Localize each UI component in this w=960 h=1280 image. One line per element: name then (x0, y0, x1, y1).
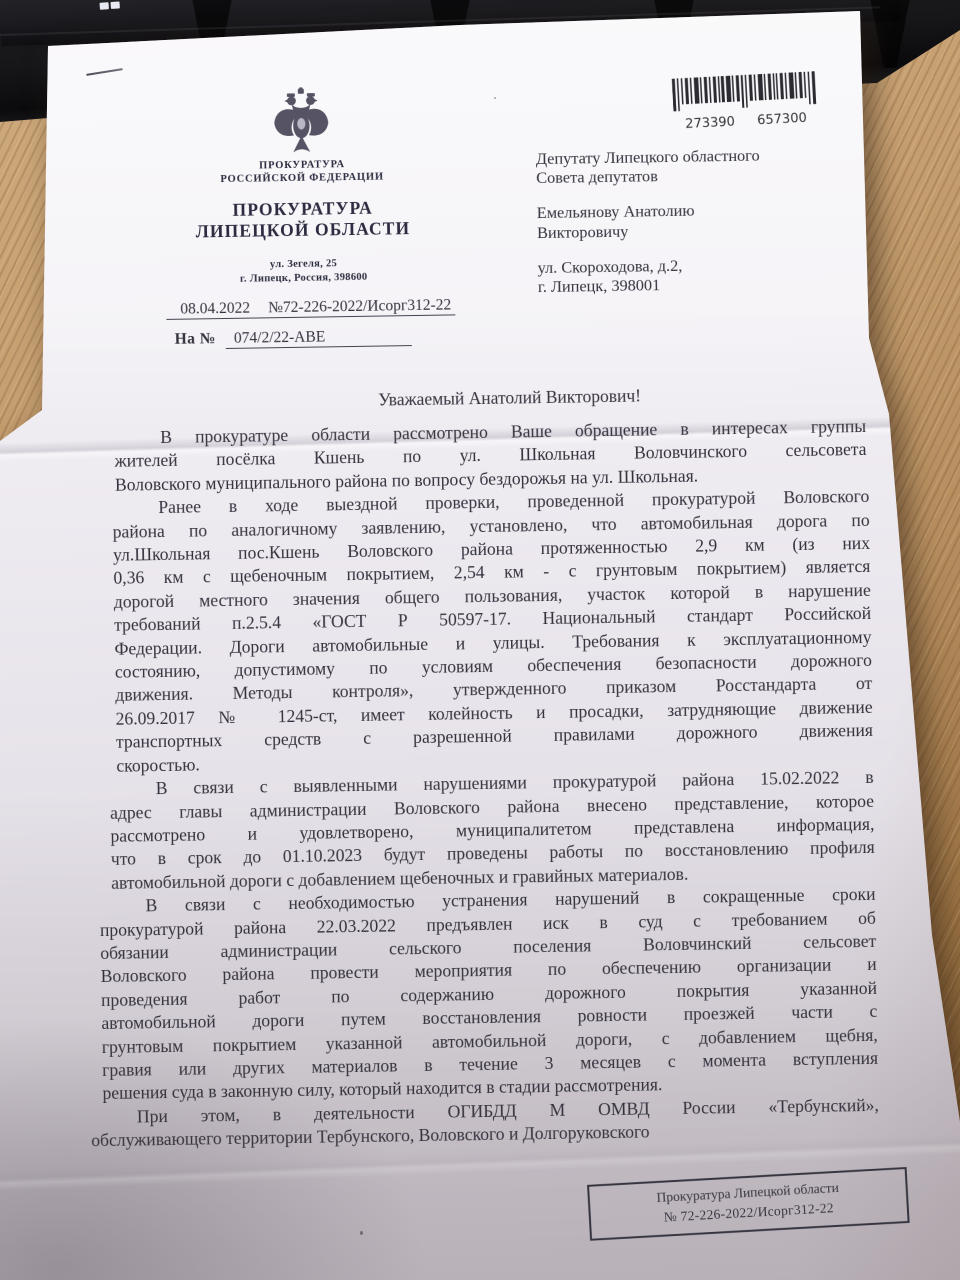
addressee-line: Викторовичу (537, 218, 837, 242)
barcode-number-left: 273390 (685, 114, 735, 132)
barcode: 273390 657300 (672, 71, 823, 133)
paper-wrap: ПРОКУРАТУРА РОССИЙСКОЙ ФЕДЕРАЦИИ ПРОКУРА… (0, 0, 960, 1280)
letterhead: ПРОКУРАТУРА РОССИЙСКОЙ ФЕДЕРАЦИИ ПРОКУРА… (164, 157, 442, 287)
photo-scene: ПРОКУРАТУРА РОССИЙСКОЙ ФЕДЕРАЦИИ ПРОКУРА… (0, 0, 960, 1280)
addressee-block: Депутату Липецкого областногоСовета депу… (536, 144, 839, 312)
body-paragraph: В связи с необходимостью устранения нару… (99, 883, 878, 1106)
reply-ref-number: 074/2/22-АВЕ (226, 327, 412, 349)
addressee-group: Депутату Липецкого областногоСовета депу… (536, 144, 837, 187)
reply-reference-line: На №074/2/22-АВЕ (175, 327, 412, 350)
body-paragraph: В прокуратуре области рассмотрено Ваше о… (114, 415, 867, 497)
letter-body: В прокуратуре области рассмотрено Ваше о… (104, 415, 875, 1152)
letter-date: 08.04.2022 (166, 299, 264, 320)
addressee-line: г. Липецк, 398001 (538, 272, 838, 296)
body-paragraph: В связи с выявленными нарушениями прокур… (110, 766, 876, 895)
letterhead-org-line2: ЛИПЕЦКОЙ ОБЛАСТИ (165, 218, 441, 243)
reference-line: 08.04.2022№72-226-2022/Исорг312-22 (166, 296, 455, 320)
addressee-line: Совета депутатов (536, 164, 836, 188)
barcode-number-right: 657300 (757, 111, 807, 129)
addressee-group: ул. Скороходова, д.2,г. Липецк, 398001 (537, 253, 838, 296)
addressee-group: Емельянову АнатолиюВикторовичу (537, 199, 838, 242)
salutation: Уважаемый Анатолий Викторович! (120, 381, 900, 414)
reply-ref-label: На № (175, 330, 217, 348)
stamp-box: Прокуратура Липецкой области № 72-226-20… (587, 1167, 910, 1241)
coat-of-arms-icon (271, 86, 332, 157)
letter-document: ПРОКУРАТУРА РОССИЙСКОЙ ФЕДЕРАЦИИ ПРОКУРА… (0, 0, 960, 1280)
paper-sheet: ПРОКУРАТУРА РОССИЙСКОЙ ФЕДЕРАЦИИ ПРОКУРА… (0, 0, 960, 1280)
body-paragraph: Ранее в ходе выездной проверки, проведен… (112, 485, 873, 778)
letter-number: №72-226-2022/Исорг312-22 (264, 296, 455, 318)
